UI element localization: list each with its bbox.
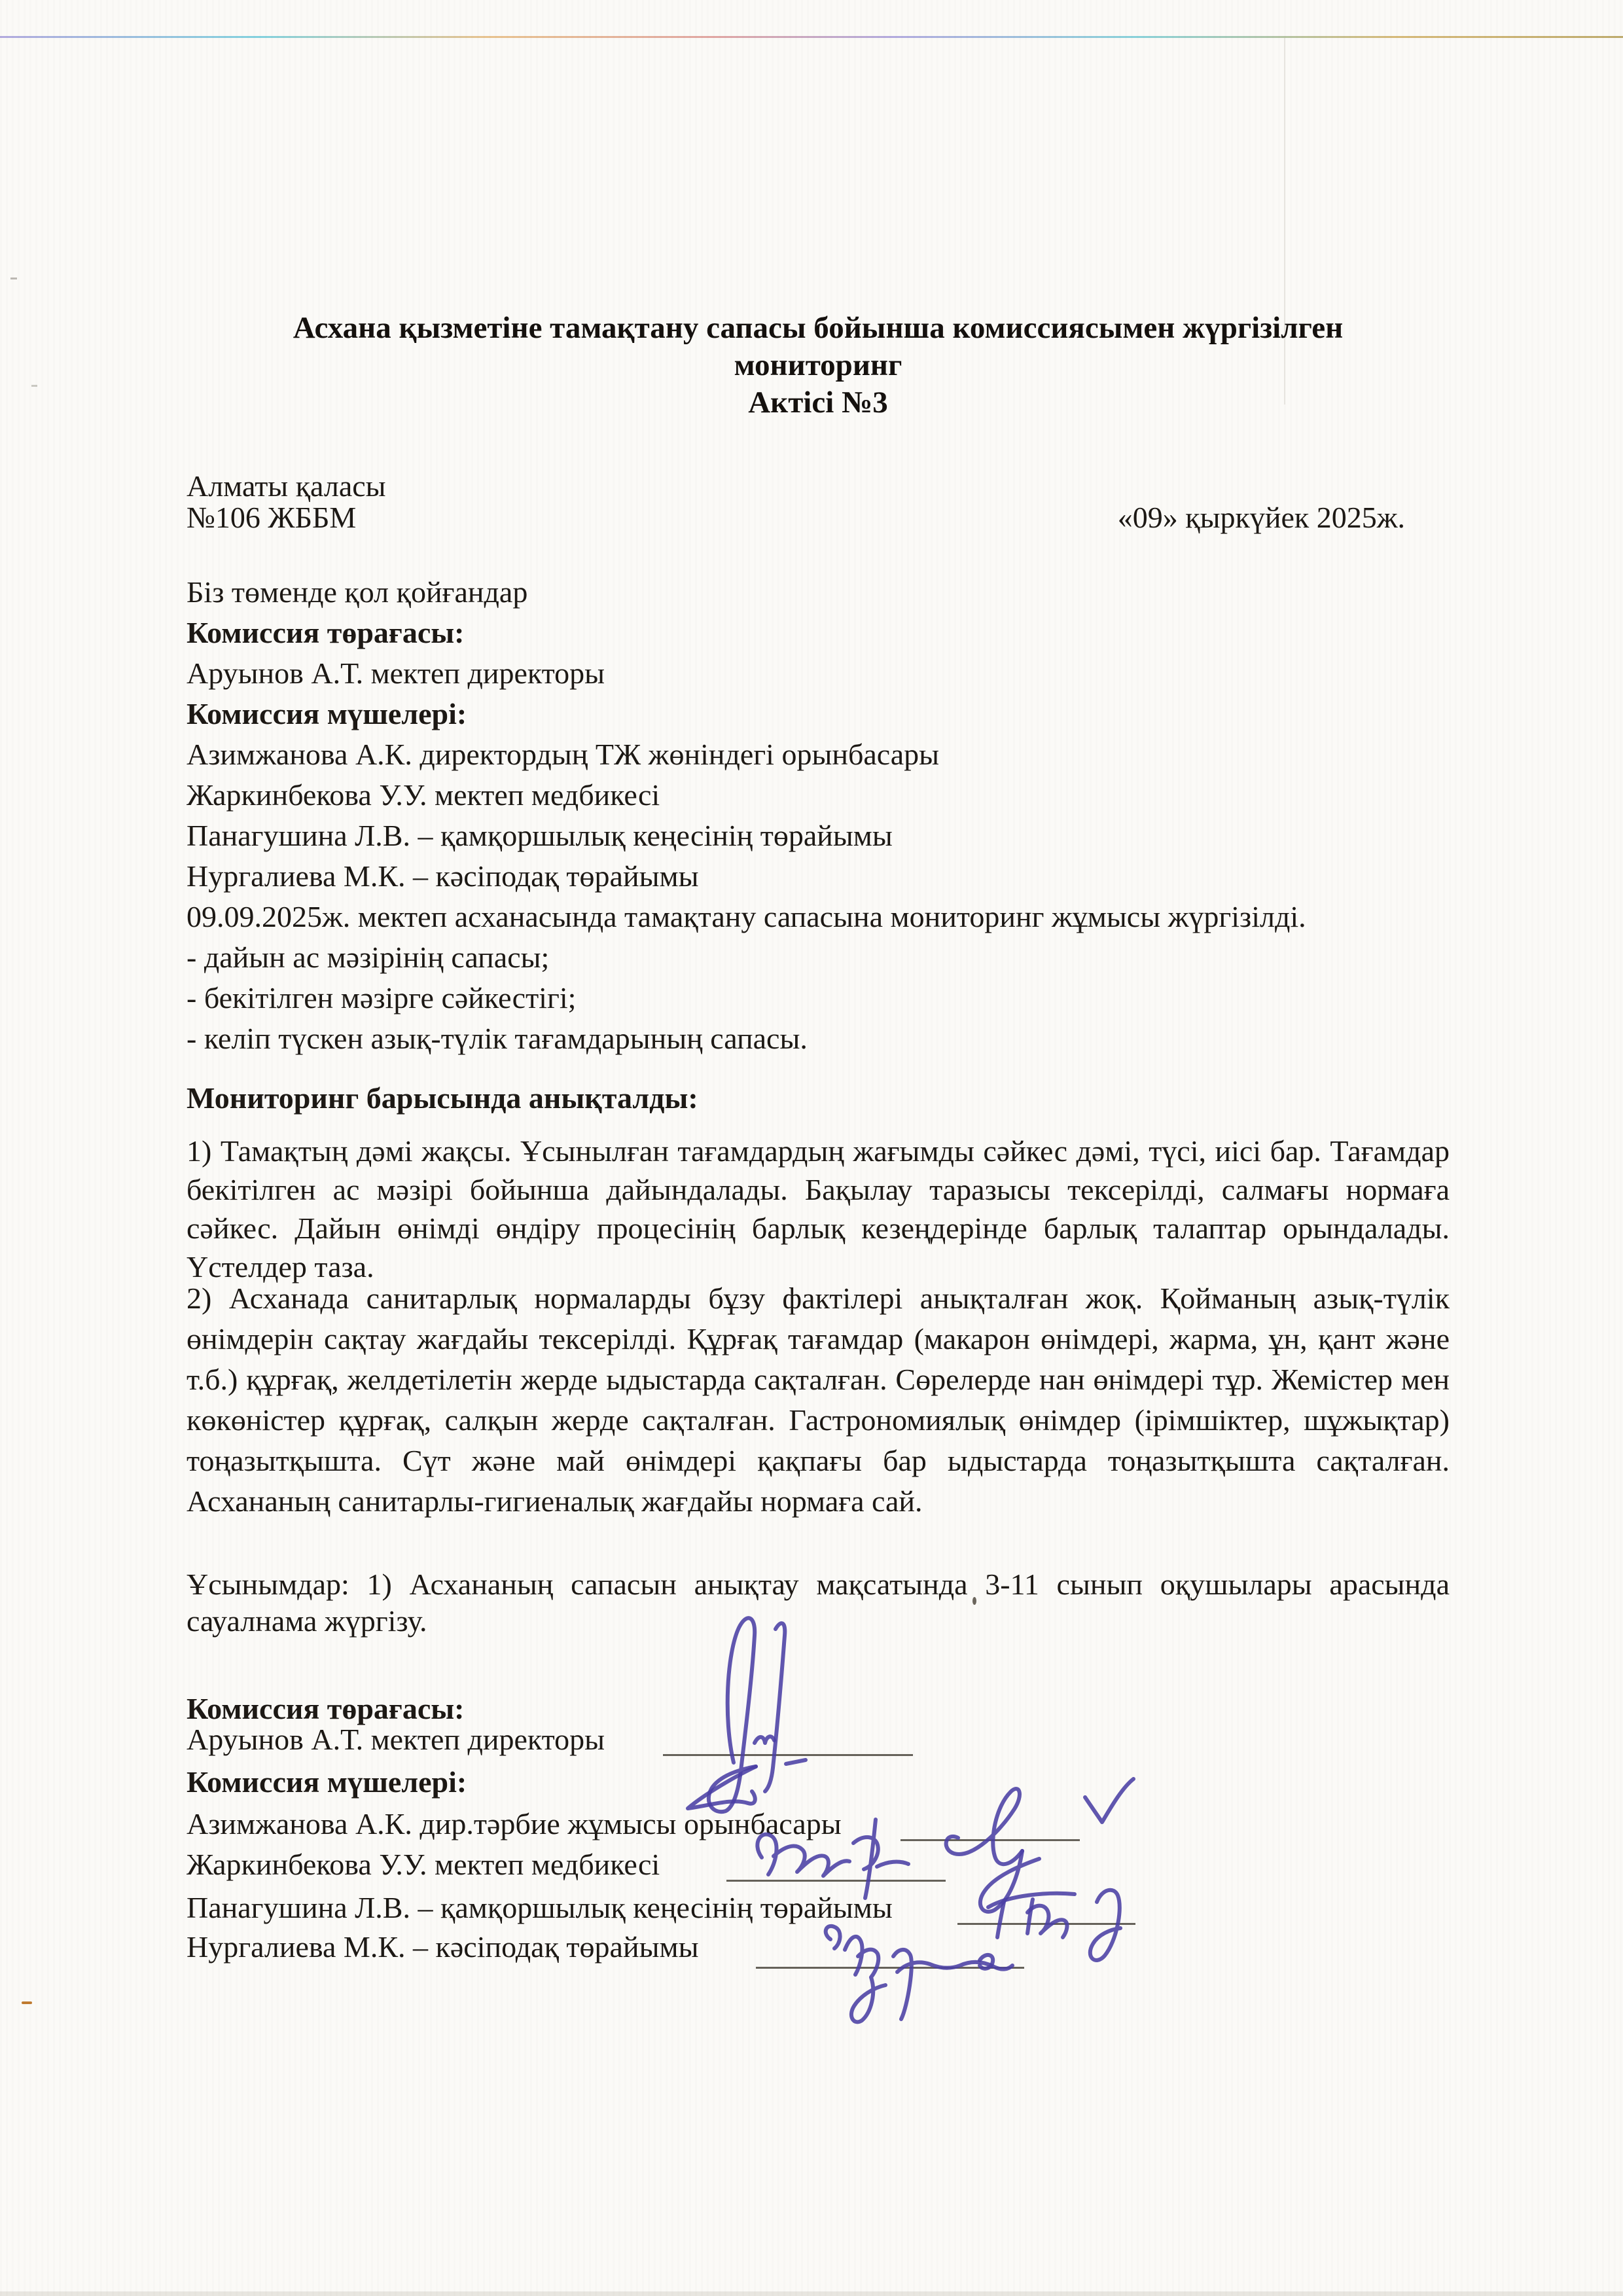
- gray-tick-artifact: [10, 278, 17, 279]
- findings-paragraph-1: 1) Тамақтың дәмі жақсы. Ұсынылған тағамд…: [187, 1132, 1450, 1286]
- signature-aruynov: [677, 1607, 847, 1829]
- member-item: Нургалиева М.К. – кәсіподақ төрайымы: [187, 856, 1450, 897]
- monitoring-date-line: 09.09.2025ж. мектеп асханасында тамақтан…: [187, 897, 1450, 937]
- title-line-2: мониторинг: [187, 347, 1450, 384]
- bullet-item: - келіп түскен азық-түлік тағамдарының с…: [187, 1018, 1450, 1059]
- orange-mark-artifact: [22, 2001, 32, 2004]
- bullet-item: - дайын ас мәзірінің сапасы;: [187, 937, 1450, 978]
- chair-label: Комиссия төрағасы:: [187, 613, 1450, 653]
- findings-heading: Мониторинг барысында анықталды:: [187, 1078, 1450, 1119]
- title-line-1: Асхана қызметіне тамақтану сапасы бойынш…: [187, 310, 1450, 347]
- signature-zharkinbekova: [740, 1814, 942, 1906]
- preamble-block: Біз төменде қол қойғандар Комиссия төрағ…: [187, 572, 1450, 1059]
- member-item: Панагушина Л.В. – қамқоршылық кеңесінің …: [187, 816, 1450, 856]
- school-name: №106 ЖББМ: [187, 497, 356, 538]
- document-date: «09» қыркүйек 2025ж.: [1118, 497, 1450, 538]
- title-line-3: Актісі №3: [187, 384, 1450, 422]
- findings-paragraph-2: 2) Асханада санитарлық нормаларды бұзу ф…: [187, 1278, 1450, 1522]
- scanned-document-page: Асхана қызметіне тамақтану сапасы бойынш…: [0, 0, 1623, 2296]
- opening-line: Біз төменде қол қойғандар: [187, 572, 1450, 613]
- scanner-bottom-band: [0, 2291, 1623, 2296]
- gray-tick-artifact: [31, 385, 37, 387]
- chair-name: Аруынов А.Т. мектеп директоры: [187, 653, 1450, 694]
- signature-nurgalieva: [808, 1914, 1018, 2032]
- members-label: Комиссия мүшелері:: [187, 694, 1450, 734]
- bullet-item: - бекітілген мәзірге сәйкестігі;: [187, 978, 1450, 1018]
- member-item: Жаркинбекова У.У. мектеп медбикесі: [187, 775, 1450, 816]
- member-item: Азимжанова А.К. директордың ТЖ жөніндегі…: [187, 734, 1450, 775]
- school-date-row: №106 ЖББМ «09» қыркүйек 2025ж.: [187, 497, 1450, 538]
- scanner-edge-line: [0, 36, 1623, 38]
- ink-dot-artifact: [972, 1597, 976, 1605]
- document-title: Асхана қызметіне тамақтану сапасы бойынш…: [187, 310, 1450, 422]
